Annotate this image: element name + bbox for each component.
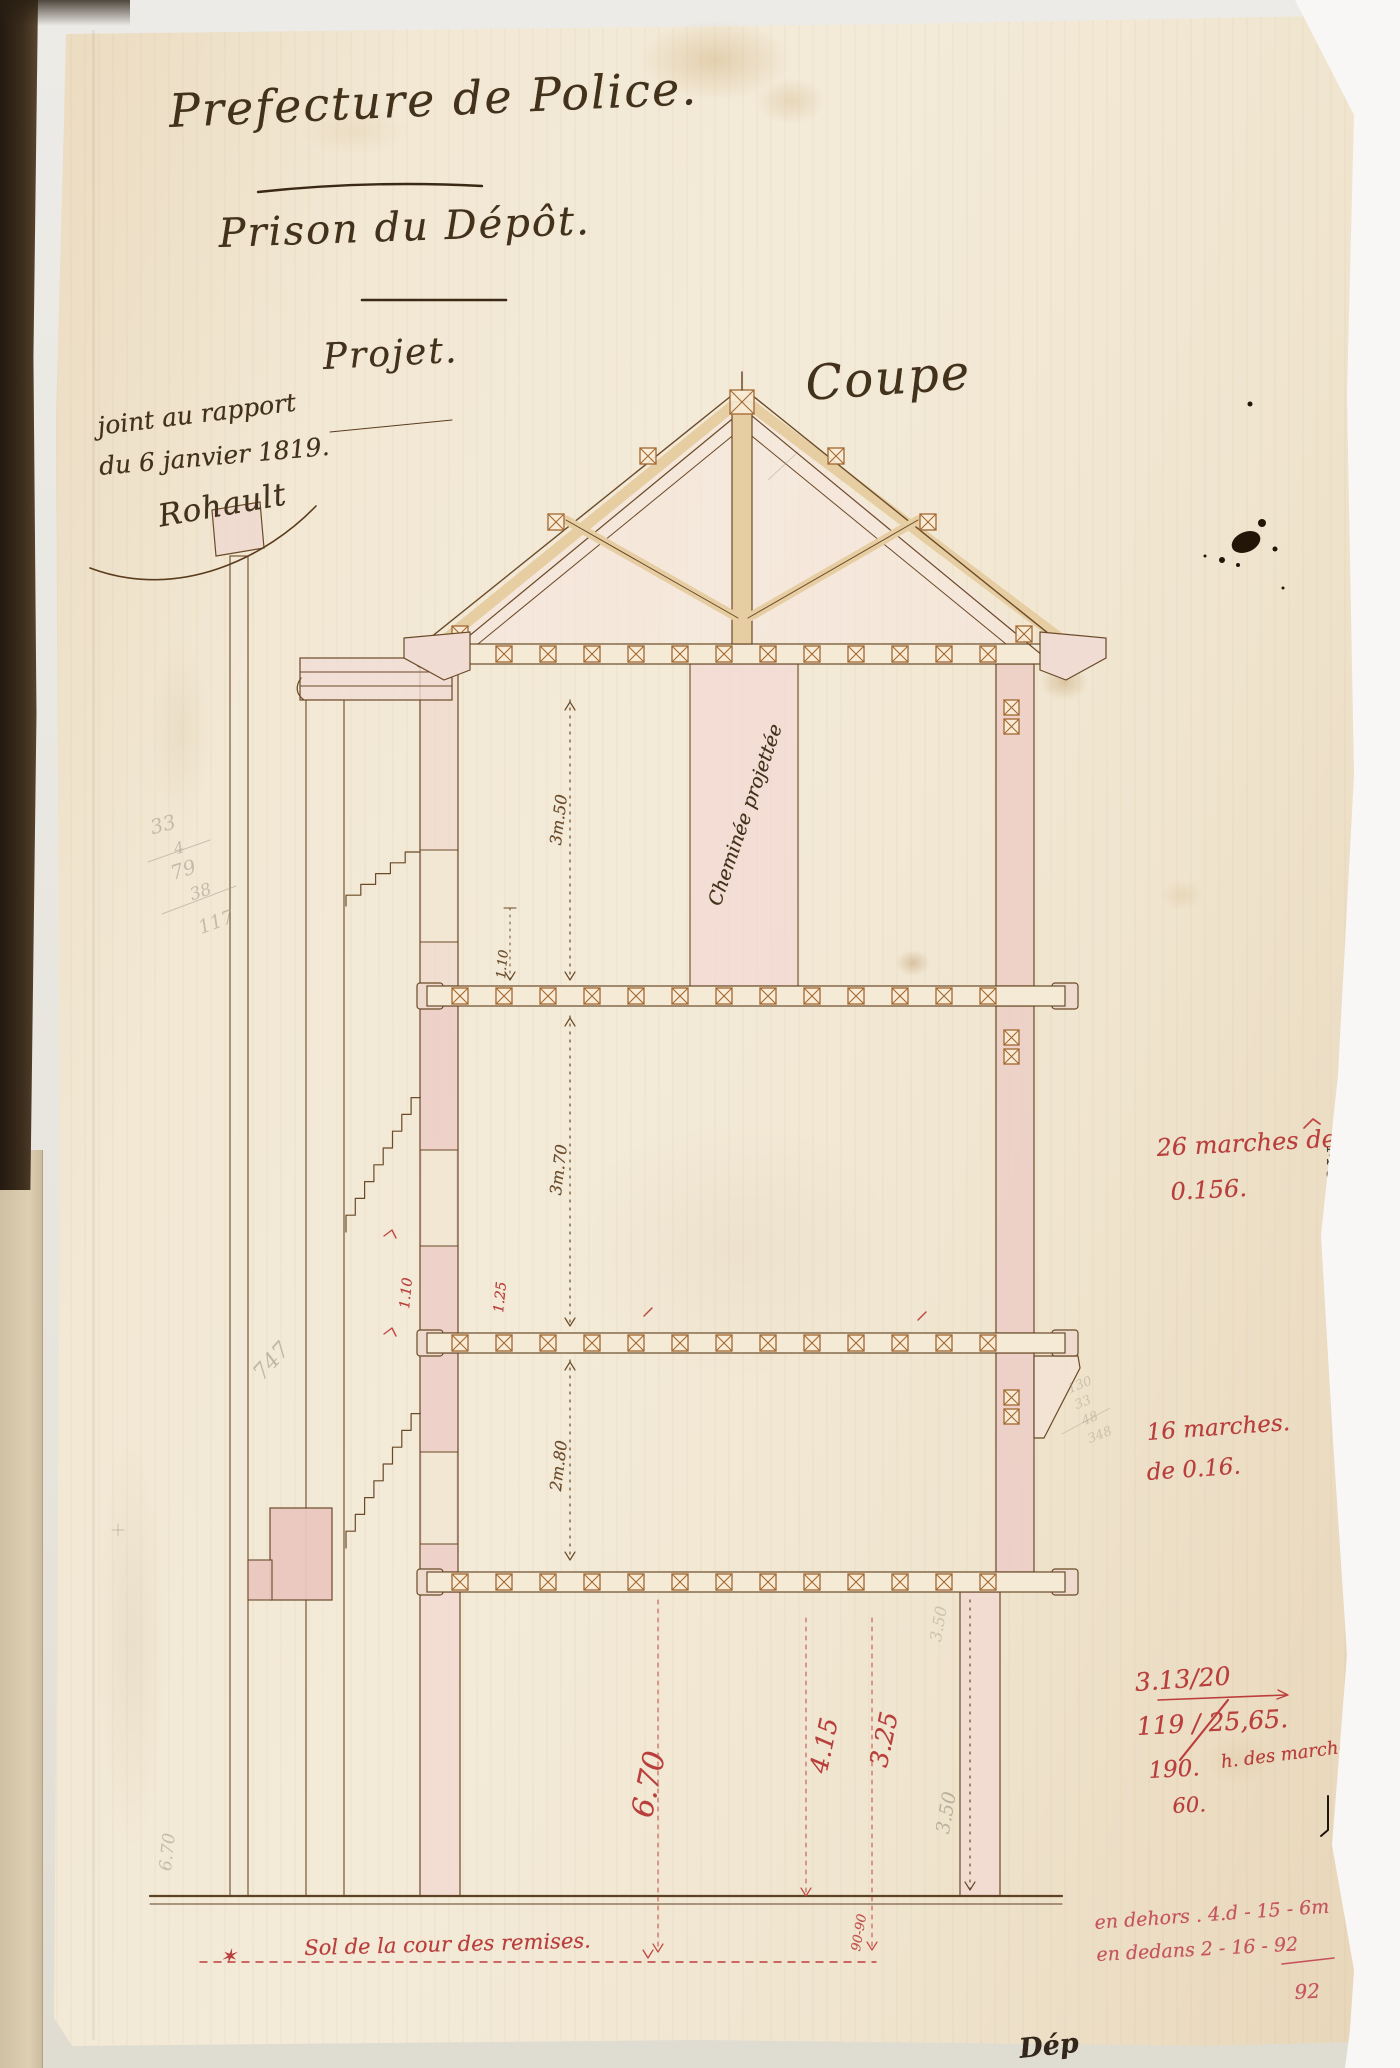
note-calc-1: 3.13/20 xyxy=(1134,1663,1231,1695)
dim-stair1: 1.10 xyxy=(398,1277,415,1309)
corner-text-fragment: Dép xyxy=(1018,2030,1080,2063)
dim-stair2: 1.25 xyxy=(492,1281,509,1313)
note-calc-3: 190. xyxy=(1148,1757,1200,1783)
scanned-drawing-sheet: Prefecture de Police. Prison du Dépôt. P… xyxy=(0,0,1400,2068)
title-line3: Projet. xyxy=(322,333,459,376)
dim-attic-small: 1.10 xyxy=(495,949,511,979)
note-calc-4: 60. xyxy=(1172,1794,1206,1817)
ground-level-star: ✶ xyxy=(220,1946,237,1966)
pencil-dim-3: 6.70 xyxy=(158,1832,179,1871)
pencil-calc-a: 33 xyxy=(148,811,178,837)
edge-vertical-text: Mètres xyxy=(1323,1146,1342,1232)
note-total-3: 92 xyxy=(1294,1981,1320,2002)
section-label: Coupe xyxy=(804,348,973,407)
note-calc-2: 119 / 25,65. xyxy=(1136,1706,1289,1739)
note-stairs-upper-2: 0.156. xyxy=(1170,1176,1247,1204)
